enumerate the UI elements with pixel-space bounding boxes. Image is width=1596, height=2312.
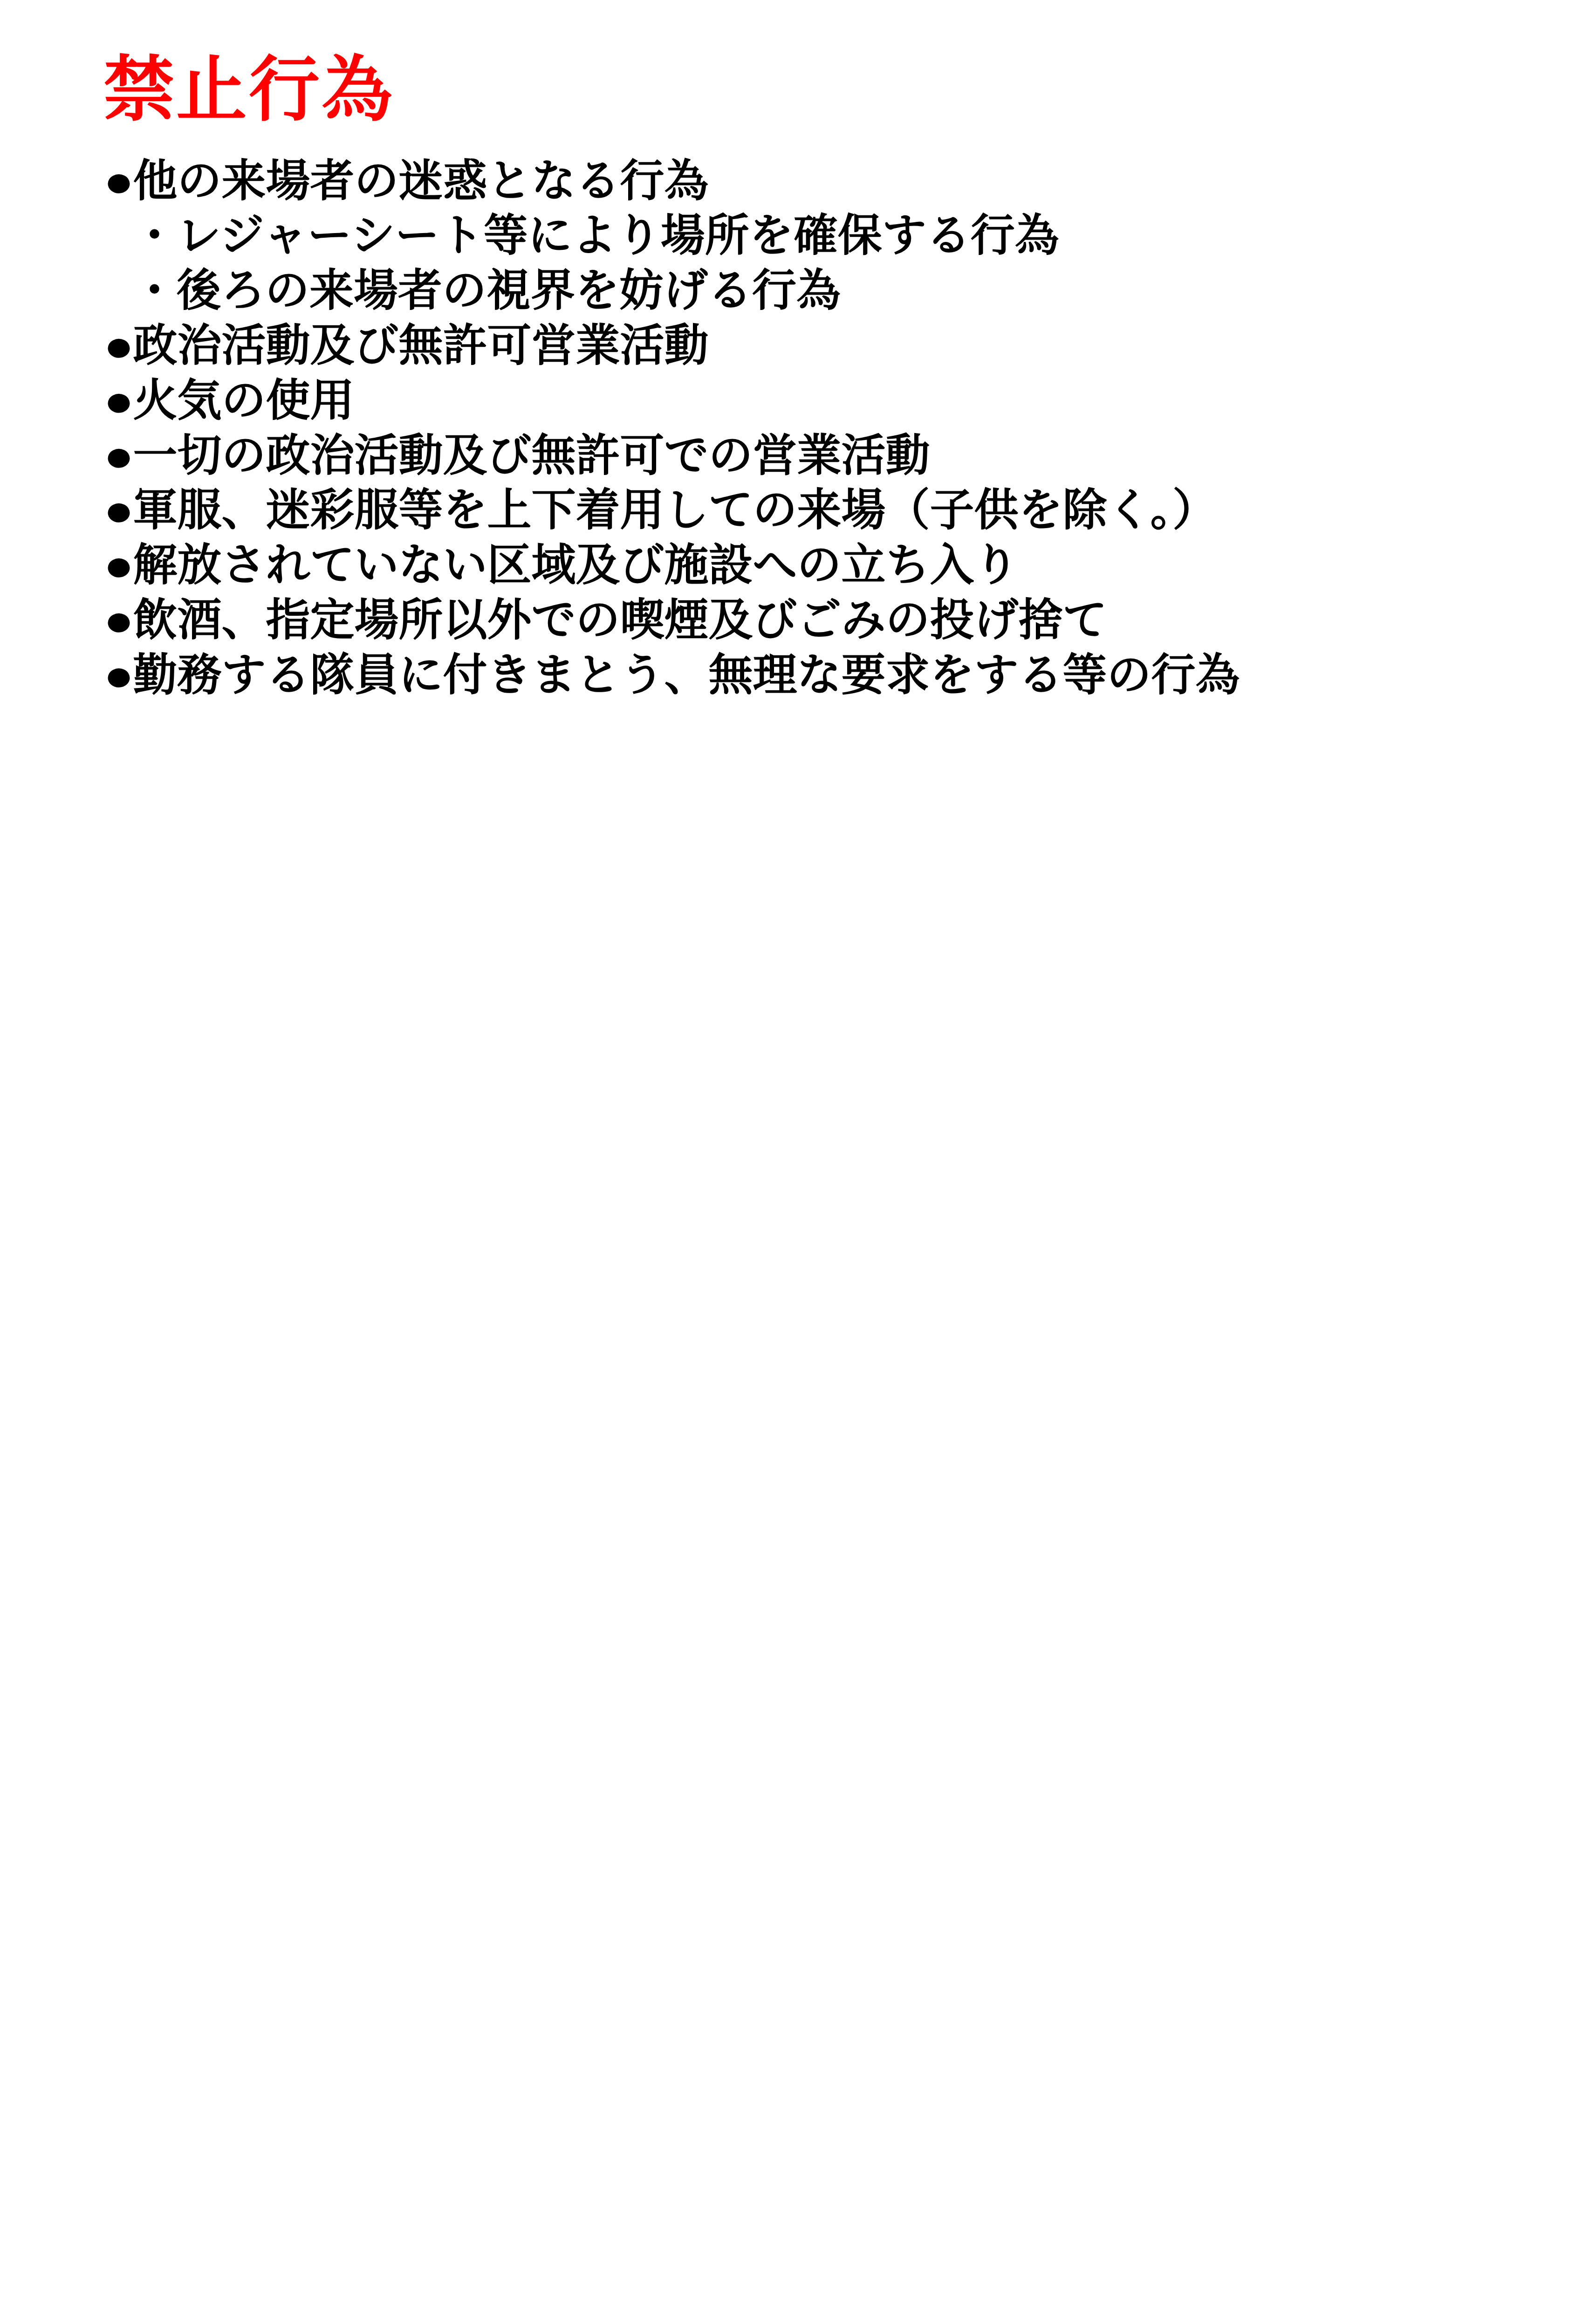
list-item: ・レジャーシート等により場所を確保する行為 bbox=[103, 209, 1596, 264]
list-item-text: 一切の政治活動及び無許可での営業活動 bbox=[133, 431, 930, 481]
notice-page: 禁止行為 ●他の来場者の迷惑となる行為 ・レジャーシート等により場所を確保する行… bbox=[0, 0, 1596, 703]
list-item-text: 勤務する隊員に付きまとう、無理な要求をする等の行為 bbox=[133, 651, 1240, 700]
list-item: ●火気の使用 bbox=[103, 374, 1596, 429]
list-item: ●飲酒、指定場所以外での喫煙及びごみの投げ捨て bbox=[103, 593, 1596, 648]
bullet-icon: ● bbox=[103, 154, 134, 209]
list-item-text: 軍服、迷彩服等を上下着用しての来場（子供を除く。） bbox=[133, 486, 1217, 535]
middle-dot-icon: ・ bbox=[132, 209, 177, 264]
list-item-text: 他の来場者の迷惑となる行為 bbox=[133, 157, 708, 206]
list-item: ●一切の政治活動及び無許可での営業活動 bbox=[103, 429, 1596, 484]
list-item-text: 解放されていない区域及び施設への立ち入り bbox=[133, 541, 1018, 590]
list-item: ●勤務する隊員に付きまとう、無理な要求をする等の行為 bbox=[103, 648, 1596, 703]
bullet-icon: ● bbox=[103, 593, 134, 648]
list-item-text: レジャーシート等により場所を確保する行為 bbox=[177, 211, 1059, 261]
bullet-icon: ● bbox=[103, 374, 134, 429]
list-item-text: 火気の使用 bbox=[133, 376, 354, 426]
list-item-text: 飲酒、指定場所以外での喫煙及びごみの投げ捨て bbox=[133, 596, 1107, 645]
bullet-icon: ● bbox=[103, 483, 134, 538]
bullet-icon: ● bbox=[103, 429, 134, 484]
list-item: ●他の来場者の迷惑となる行為 bbox=[103, 154, 1596, 209]
page-title: 禁止行為 bbox=[103, 44, 1596, 137]
list-item-text: 後ろの来場者の視界を妨げる行為 bbox=[177, 266, 841, 316]
list-item: ●解放されていない区域及び施設への立ち入り bbox=[103, 538, 1596, 593]
bullet-icon: ● bbox=[103, 648, 134, 703]
list-item: ●軍服、迷彩服等を上下着用しての来場（子供を除く。） bbox=[103, 483, 1596, 538]
bullet-icon: ● bbox=[103, 319, 134, 374]
list-item: ・後ろの来場者の視界を妨げる行為 bbox=[103, 264, 1596, 319]
list-item: ●政治活動及び無許可営業活動 bbox=[103, 319, 1596, 374]
bullet-icon: ● bbox=[103, 538, 134, 593]
middle-dot-icon: ・ bbox=[132, 264, 177, 319]
list-item-text: 政治活動及び無許可営業活動 bbox=[133, 321, 708, 371]
prohibited-acts-list: ●他の来場者の迷惑となる行為 ・レジャーシート等により場所を確保する行為 ・後ろ… bbox=[103, 154, 1596, 703]
